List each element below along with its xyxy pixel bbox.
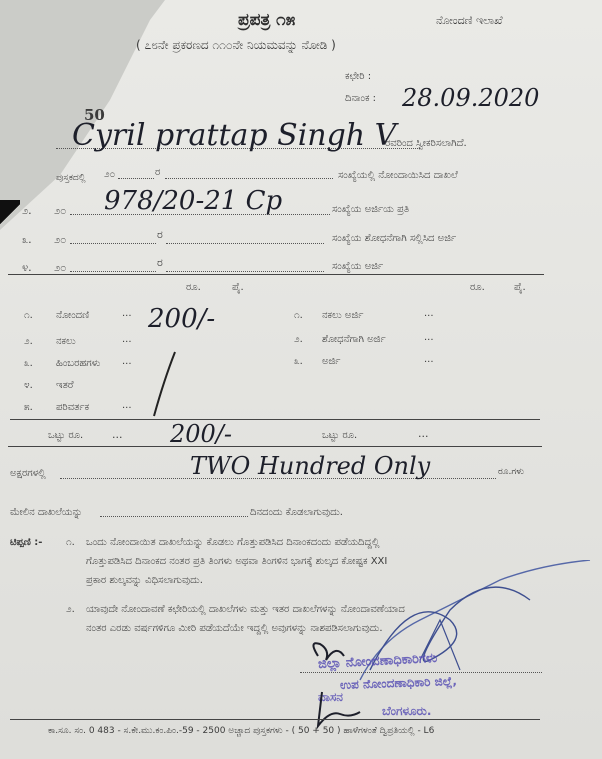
- delivery-suffix: ದಿನದಂದು ಕೊಡಲಾಗುವುದು.: [250, 507, 343, 518]
- divider: [10, 719, 540, 720]
- fee-index: ೨.: [24, 336, 33, 347]
- fee-label: ಪರಿವರ್ತಕ: [56, 402, 89, 413]
- applicant-name: Cyril prattap Singh V: [72, 118, 396, 153]
- divider: [8, 446, 542, 447]
- fee-index: ೪.: [24, 380, 33, 391]
- fee-label: ನೋಂದಣಿ: [56, 310, 89, 321]
- words-label: ಅಕ್ಷರಗಳಲ್ಲಿ: [10, 468, 46, 479]
- fee-dots: ...: [424, 308, 434, 319]
- divider: [8, 274, 544, 275]
- divider: [10, 419, 540, 420]
- note-line: ಒಂದು ನೋಂದಾಯಿತ ದಾಖಲೆಯನ್ನು ಕೊಡಲು ಗೊತ್ತುಪಡಿ…: [86, 537, 379, 548]
- fee-label: ಅರ್ಜಿ: [322, 356, 341, 367]
- currency-ps-right: ಪೈ.: [514, 282, 526, 293]
- fee-dots: ...: [122, 334, 132, 345]
- note-line: ಪ್ರಕಾರ ಶುಲ್ಕವನ್ನು ವಿಧಿಸಲಾಗುವುದು.: [86, 575, 203, 586]
- stamp-line-4: ಬೆಂಗಳೂರು.: [382, 704, 431, 719]
- note-index: ೨.: [66, 604, 75, 615]
- fee-index: ೩.: [24, 358, 33, 369]
- fee-dots: ...: [122, 400, 132, 411]
- note-index: ೧.: [66, 537, 75, 548]
- notes-label: ಟಿಪ್ಪಣಿ :-: [10, 537, 42, 548]
- registered-label: ಸಂಖ್ಯೆಯಲ್ಲಿ ನೋಂದಾಯಿಸಿದ ದಾಖಲೆ: [338, 170, 458, 181]
- fee-dots: ...: [424, 354, 434, 365]
- amount-in-words-value: TWO Hundred Only: [190, 452, 430, 480]
- received-label: ರವರಿಂದ ಸ್ವೀಕರಿಸಲಾಗಿದೆ.: [385, 138, 467, 149]
- fee-index: ೧.: [24, 310, 33, 321]
- currency-rs-right: ರೂ.: [470, 282, 485, 293]
- application-number-value: 978/20-21 Cp: [104, 186, 282, 216]
- currency-rs-left: ರೂ.: [186, 282, 201, 293]
- book-label: ಪುಸ್ತಕದಲ್ಲಿ: [56, 173, 86, 183]
- fee-index: ೩.: [294, 356, 303, 367]
- total-label-left: ಒಟ್ಟು ರೂ.: [48, 430, 83, 441]
- registration-fee-value: 200/-: [148, 304, 215, 334]
- fee-dots: ...: [122, 308, 132, 319]
- footer-print-info: ಕಾ.ಸೂ. ಸಂ. 0 483 - ಸ.ಕೇ.ಮು.ಕಂ.ಪಿಂ.-59 - …: [48, 726, 434, 736]
- department-name: ನೋಂದಣಿ ಇಲಾಖೆ: [436, 14, 503, 28]
- total-value-left: 200/-: [170, 420, 232, 448]
- office-label: ಕಛೇರಿ :: [345, 71, 371, 82]
- fee-index: ೫.: [24, 402, 33, 413]
- fee-dots: ...: [424, 332, 434, 343]
- date-value: 28.09.2020: [402, 84, 539, 112]
- fee-index: ೨.: [294, 334, 303, 345]
- currency-ps-left: ಪೈ.: [232, 282, 244, 293]
- fee-label: ಇತರೆ: [56, 380, 74, 391]
- fee-index: ೧.: [294, 310, 303, 321]
- words-suffix: ರೂ.ಗಳು: [498, 467, 524, 477]
- form-title: ಪ್ರಪತ್ರ ೧೫: [238, 10, 295, 30]
- strike-mark: [150, 350, 180, 420]
- delivery-prefix: ಮೇಲಿನ ದಾಖಲೆಯನ್ನು: [10, 507, 83, 518]
- fee-label: ನಕಲು ಅರ್ಜಿ: [322, 310, 363, 321]
- date-label: ದಿನಾಂಕ :: [345, 93, 376, 104]
- fee-dots: ...: [122, 356, 132, 367]
- initial-signature: [310, 690, 370, 730]
- total-label-right: ಒಟ್ಟು ರೂ.: [322, 430, 357, 441]
- fee-label: ನಕಲು: [56, 336, 76, 347]
- fee-label: ಶೋಧನೆಗಾಗಿ ಅರ್ಜಿ: [322, 334, 386, 345]
- fee-label: ಹಿಂಬರಹಗಳು: [56, 358, 100, 369]
- form-subtitle: ( ೭೮ನೇ ಪ್ರಕರಣದ ೧೧೦ನೇ ನಿಯಮವನ್ನು ನೋಡಿ ): [136, 38, 336, 53]
